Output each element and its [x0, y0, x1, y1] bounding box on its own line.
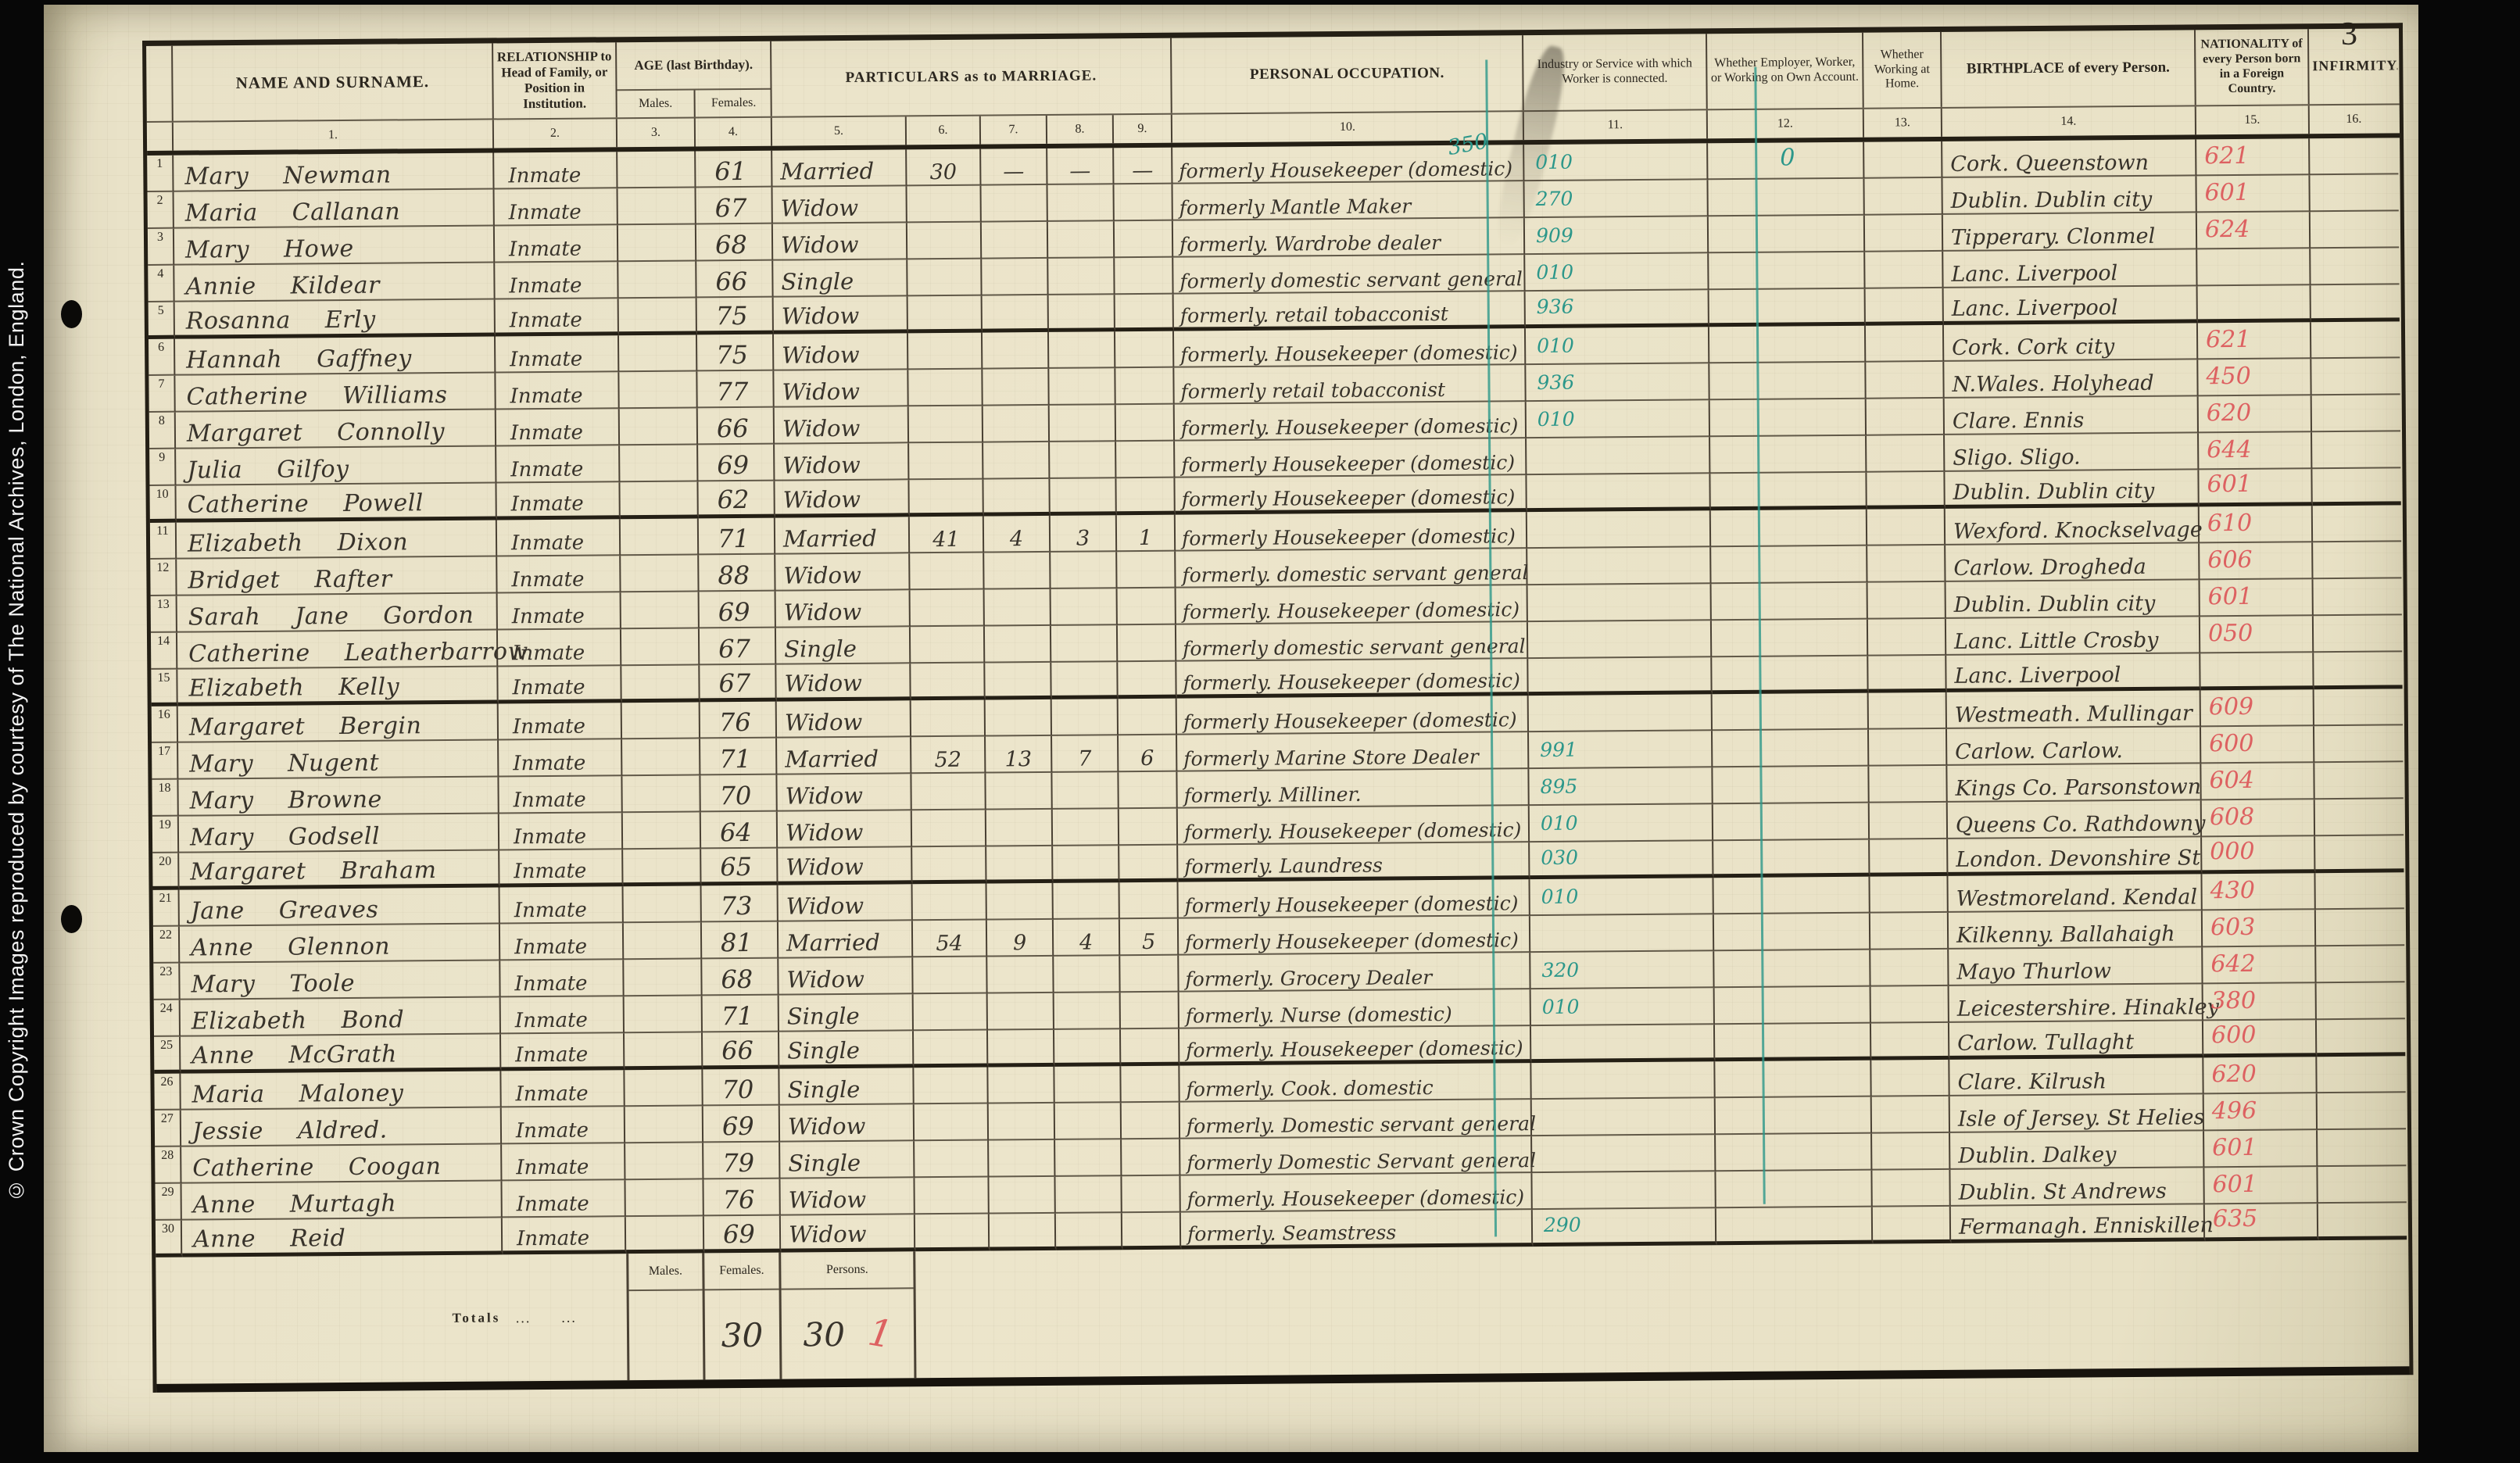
children-born-cell [985, 663, 1051, 700]
age-females-cell-text: 71 [719, 744, 751, 774]
row-number-cell-text: 3 [157, 231, 163, 245]
children-died-cell [1115, 331, 1174, 369]
occupation-cell: formerly domestic servant general [1173, 255, 1525, 295]
birthplace-cell: Clare. Ennis [1945, 396, 2199, 435]
column-number: 7. [981, 116, 1047, 145]
column-number: 9. [1114, 115, 1172, 144]
birthplace-cell-text: Carlow. Drogheda [1953, 555, 2146, 581]
birthplace-cell: Lanc. Liverpool [1946, 653, 2200, 692]
name-cell: Elizabeth Bond [181, 997, 501, 1036]
working-at-home-cell [1870, 839, 1948, 877]
employer-status-cell [1710, 399, 1867, 438]
row-number-cell: 2 [148, 192, 174, 229]
years-married-cell [911, 590, 985, 628]
years-married-cell [907, 223, 982, 260]
name-cell-text: Anne Murtagh [193, 1189, 397, 1218]
age-males-cell [625, 1143, 703, 1180]
relationship-cell-text: Inmate [510, 309, 582, 333]
nationality-code-cell: 635 [2205, 1204, 2318, 1241]
occupation-cell-text: formerly. Seamstress [1187, 1221, 1396, 1245]
relationship-cell-text: Inmate [514, 789, 586, 813]
nationality-code-cell-text: 603 [2210, 914, 2256, 941]
infirmity-cell [2318, 1203, 2407, 1240]
employer-status-cell [1710, 473, 1867, 511]
occupation-cell: formerly. Housekeeper (domestic) [1178, 806, 1530, 846]
occupation-cell-text: formerly Housekeeper (domestic) [1179, 157, 1512, 182]
children-died-cell [1119, 809, 1178, 846]
marital-condition-cell: Widow [778, 847, 912, 885]
marital-condition-cell-text: Single [787, 1076, 860, 1104]
children-living-cell [1054, 1066, 1121, 1104]
age-females-cell: 67 [696, 188, 773, 225]
column-number: 16. [2310, 105, 2398, 134]
age-females-cell: 62 [698, 481, 775, 519]
children-died-cell [1118, 625, 1176, 663]
children-born-cell [989, 1177, 1055, 1214]
marital-condition-cell-text: Widow [783, 562, 861, 589]
age-females-cell-text: 69 [718, 597, 750, 627]
column-number: 4. [696, 118, 772, 147]
marital-condition-cell: Widow [774, 370, 908, 407]
age-males-cell [621, 555, 699, 592]
occupation-cell-text: formerly. retail tobacconist [1180, 302, 1448, 327]
nationality-code-cell-text: 430 [2210, 877, 2255, 904]
relationship-cell: Inmate [499, 813, 623, 850]
nationality-code-cell-text: 601 [2204, 179, 2250, 206]
infirmity-cell [2314, 725, 2403, 763]
age-females-cell-text: 66 [717, 413, 749, 443]
occupation-cell: formerly. Housekeeper (domestic) [1179, 1026, 1531, 1066]
occupation-cell-text: formerly. Housekeeper (domestic) [1180, 341, 1518, 366]
name-cell-text: Maria Maloney [192, 1079, 403, 1108]
row-number-cell: 27 [155, 1111, 181, 1147]
name-cell: Anne Murtagh [181, 1181, 502, 1220]
name-cell-text: Catherine Leatherbarrow [188, 638, 528, 667]
name-cell: Jessie Aldred. [181, 1107, 502, 1146]
marital-condition-cell: Married [779, 921, 913, 958]
relationship-cell-text: Inmate [514, 899, 587, 923]
marital-condition-cell-text: Widow [781, 231, 859, 259]
industry-code-cell-text: 010 [1542, 996, 1580, 1018]
working-at-home-cell [1869, 766, 1947, 803]
years-married-cell [909, 443, 983, 481]
occupation-cell-text: formerly. Housekeeper (domestic) [1183, 598, 1520, 623]
children-born-cell-text: 13 [1004, 747, 1032, 771]
name-cell: Anne Glennon [180, 924, 500, 963]
children-died-cell [1119, 882, 1178, 920]
marital-condition-cell-text: Widow [783, 486, 861, 513]
row-number-cell-text: 16 [158, 708, 170, 722]
working-at-home-cell [1867, 509, 1945, 546]
name-cell-text: Julia Gilfoy [187, 456, 349, 485]
nationality-code-cell-text: 000 [2210, 838, 2255, 865]
birthplace-cell-text: N.Wales. Holyhead [1952, 371, 2153, 397]
working-at-home-cell [1865, 215, 1943, 252]
age-females-cell-text: 66 [721, 1036, 753, 1065]
name-cell: Elizabeth Dixon [177, 520, 497, 559]
working-at-home-cell [1868, 582, 1946, 620]
occupation-cell: formerly. Grocery Dealer [1179, 953, 1530, 993]
birthplace-cell-text: Kilkenny. Ballahaigh [1956, 922, 2175, 948]
marital-condition-cell-text: Single [781, 268, 854, 295]
nationality-code-cell-text: 644 [2207, 436, 2252, 463]
occupation-cell-text: formerly. Cook. domestic [1186, 1076, 1433, 1100]
industry-code-cell: 991 [1529, 731, 1713, 769]
children-living-cell [1048, 221, 1115, 259]
row-number-cell-text: 20 [159, 855, 171, 869]
name-cell-text: Mary Toole [191, 970, 355, 999]
working-at-home-cell [1867, 435, 1945, 473]
age-females-cell: 61 [696, 151, 772, 188]
children-living-cell-text: 3 [1076, 527, 1090, 551]
children-living-cell: 4 [1054, 919, 1120, 957]
children-living-cell [1054, 993, 1121, 1030]
age-females-cell-text: 61 [714, 156, 746, 186]
row-number-cell-text: 7 [158, 377, 164, 392]
children-born-cell [982, 259, 1048, 296]
nationality-code-cell: 620 [2203, 1057, 2317, 1094]
age-males-cell [617, 151, 696, 188]
name-cell-text: Bridget Rafter [188, 566, 392, 595]
infirmity-cell [2317, 1019, 2405, 1057]
birthplace-cell-text: London. Devonshire St [1956, 846, 2200, 871]
age-females-cell-text: 76 [723, 1185, 755, 1214]
years-married-cell: 54 [913, 921, 987, 958]
children-living-cell [1053, 846, 1119, 883]
marital-condition-cell: Widow [779, 884, 913, 921]
row-number-cell: 7 [149, 376, 175, 413]
children-born-cell [987, 883, 1054, 921]
infirmity-cell [2318, 1093, 2406, 1130]
age-males-cell [624, 959, 702, 996]
birthplace-cell-text: Dublin. Dublin city [1953, 479, 2154, 505]
age-females-cell: 69 [703, 1106, 780, 1143]
employer-status-cell [1711, 546, 1867, 585]
years-married-cell: 52 [911, 737, 986, 774]
children-died-cell [1118, 588, 1176, 626]
nationality-code-cell-text: 450 [2206, 363, 2251, 390]
age-females-cell-text: 81 [721, 928, 753, 957]
name-cell-text: Margaret Bergin [189, 712, 422, 741]
working-at-home-cell [1870, 803, 1948, 840]
marital-condition-cell: Married [772, 149, 907, 187]
row-number-cell: 26 [154, 1074, 181, 1111]
row-number-cell: 6 [149, 339, 175, 376]
years-married-cell [908, 370, 983, 407]
children-living-cell: 7 [1052, 735, 1119, 773]
relationship-cell: Inmate [498, 629, 621, 667]
marital-condition-cell: Married [777, 737, 911, 774]
nationality-code-cell: 600 [2201, 726, 2314, 764]
children-living-cell [1049, 331, 1115, 369]
occupation-cell-text: formerly. Milliner. [1184, 783, 1362, 807]
relationship-cell-text: Inmate [510, 385, 582, 409]
infirmity-cell [2311, 284, 2400, 322]
working-at-home-cell [1865, 252, 1943, 289]
relationship-cell: Inmate [502, 1143, 625, 1181]
birthplace-cell-text: Lanc. Liverpool [1951, 261, 2117, 287]
age-males-cell [620, 408, 698, 445]
relationship-cell-text: Inmate [509, 274, 582, 299]
birthplace-cell-text: Mayo Thurlow [1956, 959, 2111, 985]
row-number-cell-text: 8 [159, 414, 165, 428]
children-living-cell [1055, 1139, 1122, 1177]
age-females-cell-text: 69 [717, 450, 749, 480]
relationship-cell: Inmate [496, 372, 619, 410]
relationship-cell: Inmate [496, 335, 619, 373]
age-females-cell: 65 [701, 849, 778, 886]
name-cell-text: Mary Howe [185, 235, 354, 264]
marital-condition-cell-text: Single [788, 1150, 861, 1177]
children-born-cell [985, 626, 1051, 664]
header-nationality: NATIONALITY of every Person born in a Fo… [2196, 29, 2310, 105]
marital-condition-cell-text: Widow [786, 892, 864, 920]
marital-condition-cell: Widow [773, 223, 907, 260]
birthplace-cell: Dublin. Dublin city [1946, 580, 2200, 619]
age-males-cell [622, 739, 700, 776]
children-living-cell [1054, 956, 1120, 993]
marital-condition-cell-text: Married [780, 158, 874, 185]
nationality-code-cell: 601 [2200, 579, 2314, 617]
birthplace-cell-text: Isle of Jersey. St Helies [1958, 1105, 2205, 1131]
relationship-cell: Inmate [503, 1217, 626, 1254]
children-born-cell: 4 [984, 516, 1051, 553]
occupation-cell-text: formerly retail tobacconist [1180, 378, 1445, 403]
children-born-cell [983, 369, 1049, 406]
years-married-cell-text: 54 [936, 932, 963, 956]
name-cell: Rosanna Erly [175, 299, 496, 338]
children-born-cell [986, 699, 1052, 737]
relationship-cell-text: Inmate [517, 1193, 589, 1217]
relationship-cell: Inmate [501, 1070, 625, 1107]
age-females-cell-text: 77 [716, 377, 748, 406]
children-died-cell: 5 [1120, 919, 1179, 957]
age-females-cell: 81 [702, 922, 779, 960]
nationality-code-cell: 601 [2204, 1130, 2318, 1168]
children-living-cell: 3 [1051, 515, 1117, 553]
working-at-home-cell [1864, 178, 1942, 216]
age-females-cell-text: 68 [715, 230, 747, 259]
marital-condition-cell-text: Widow [788, 1113, 866, 1140]
birthplace-cell-text: Leicestershire. Hinakley [1957, 995, 2219, 1021]
occupation-cell: formerly. Housekeeper (domestic) [1176, 585, 1528, 625]
relationship-cell-text: Inmate [515, 1009, 588, 1033]
children-died-cell [1116, 442, 1175, 479]
working-at-home-cell [1870, 950, 1949, 987]
age-males-cell [625, 1106, 703, 1143]
relationship-cell-text: Inmate [514, 972, 587, 996]
relationship-cell: Inmate [495, 225, 618, 263]
children-died-cell [1122, 1176, 1180, 1214]
age-males-cell [619, 298, 697, 335]
industry-code-cell: 010 [1526, 327, 1709, 365]
children-living-cell-text: 4 [1079, 930, 1093, 954]
relationship-cell: Inmate [498, 592, 621, 630]
occupation-cell: formerly. Wardrobe dealer [1173, 218, 1525, 258]
occupation-cell-text: formerly. Housekeeper (domestic) [1187, 1186, 1525, 1211]
years-married-cell [913, 884, 987, 921]
relationship-cell-text: Inmate [509, 238, 582, 262]
children-born-cell [986, 846, 1053, 884]
row-number-cell: 14 [151, 633, 177, 670]
name-cell-text: Jessie Aldred. [192, 1117, 388, 1146]
infirmity-cell [2313, 578, 2401, 616]
nationality-code-cell: 603 [2203, 910, 2316, 947]
marital-condition-cell-text: Widow [781, 195, 859, 222]
nationality-code-cell: 430 [2202, 873, 2315, 910]
marital-condition-cell: Widow [772, 186, 907, 224]
birthplace-cell-text: Queens Co. Rathdowny [1956, 811, 2206, 838]
relationship-cell-text: Inmate [513, 752, 585, 776]
birthplace-cell-text: Carlow. Tullaght [1957, 1030, 2134, 1056]
row-number-cell: 3 [148, 229, 174, 266]
occupation-cell: formerly Housekeeper (domestic) [1177, 696, 1529, 735]
children-died-cell-text: — [1132, 159, 1153, 183]
children-living-cell [1051, 625, 1118, 663]
name-cell: Julia Gilfoy [176, 446, 496, 485]
nationality-code-cell [2197, 249, 2311, 286]
infirmity-cell [2316, 909, 2404, 946]
name-cell: Mary Godsell [179, 814, 499, 853]
years-married-cell [907, 259, 982, 297]
nationality-code-cell-text: 610 [2207, 510, 2253, 537]
age-males-cell [620, 481, 698, 519]
name-cell-text: Mary Nugent [189, 749, 379, 778]
children-died-cell [1115, 221, 1173, 259]
employer-status-cell [1713, 840, 1870, 878]
industry-code-cell-text: 936 [1537, 295, 1574, 318]
nationality-code-cell: 620 [2199, 395, 2312, 433]
marital-condition-cell-text: Married [786, 929, 880, 957]
age-males-cell [625, 1179, 703, 1217]
header-employer-status: Whether Employer, Worker, or Working on … [1707, 33, 1864, 109]
birthplace-cell: N.Wales. Holyhead [1944, 359, 2198, 399]
age-females-cell-text: 73 [721, 891, 753, 921]
industry-code-cell [1527, 437, 1710, 475]
nationality-code-cell-text: 600 [2209, 730, 2254, 757]
totals-persons-cell: Persons. 30 1 [781, 1251, 916, 1379]
age-males-cell [626, 1216, 704, 1254]
header-birthplace-label: BIRTHPLACE of every Person. [1945, 59, 2191, 78]
birthplace-cell: Carlow. Drogheda [1945, 543, 2200, 582]
occupation-cell-text: formerly. Housekeeper (domestic) [1183, 669, 1520, 694]
row-number-cell-text: 13 [157, 598, 170, 612]
years-married-cell [914, 1031, 988, 1068]
employer-status-cell: 0 [1708, 142, 1864, 181]
years-married-cell [914, 1068, 988, 1105]
name-cell: Catherine Powell [176, 483, 496, 522]
working-at-home-cell [1867, 545, 1945, 583]
nationality-code-cell-text: 380 [2211, 987, 2257, 1014]
nationality-code-cell: 621 [2196, 138, 2310, 176]
employer-status-cell [1715, 1024, 1871, 1062]
age-males-cell [622, 775, 700, 813]
industry-code-cell: 030 [1530, 841, 1713, 879]
name-cell-text: Catherine Powell [188, 489, 424, 518]
row-number-cell: 20 [152, 853, 179, 890]
age-males-cell [620, 445, 698, 482]
birthplace-cell-text: Clare. Ennis [1953, 409, 2085, 434]
marital-condition-cell-text: Married [785, 746, 879, 773]
years-married-cell [915, 1178, 989, 1215]
marital-condition-cell: Widow [780, 1104, 915, 1142]
occupation-cell: formerly. Housekeeper (domestic) [1174, 328, 1526, 368]
birthplace-cell-text: Fermanagh. Enniskillen [1959, 1213, 2214, 1239]
row-number-cell-text: 15 [157, 671, 170, 685]
marital-condition-cell: Widow [774, 296, 908, 334]
age-females-cell-text: 88 [718, 560, 750, 590]
age-females-cell-text: 67 [715, 193, 747, 223]
row-number-cell-text: 29 [162, 1186, 174, 1200]
age-females-cell: 68 [702, 959, 779, 996]
industry-code-cell-text: 010 [1537, 408, 1575, 431]
age-females-cell: 71 [699, 518, 775, 556]
employer-status-cell [1713, 693, 1869, 731]
age-females-cell: 73 [702, 885, 779, 923]
working-at-home-cell [1868, 656, 1946, 693]
children-died-cell [1121, 993, 1179, 1030]
row-number-cell-text: 5 [158, 304, 164, 318]
marital-condition-cell: Widow [774, 333, 908, 370]
age-females-cell: 64 [701, 812, 778, 850]
working-at-home-cell [1871, 986, 1949, 1024]
children-died-cell [1116, 478, 1175, 516]
industry-code-cell [1528, 584, 1712, 622]
row-number-cell: 9 [149, 449, 176, 486]
children-living-cell [1052, 772, 1119, 810]
relationship-cell: Inmate [496, 299, 619, 336]
age-females-cell-text: 76 [719, 707, 751, 737]
nationality-code-cell: 609 [2201, 689, 2314, 727]
marital-condition-cell-text: Married [783, 525, 877, 553]
occupation-cell: formerly Housekeeper (domestic) [1175, 475, 1527, 515]
children-died-cell [1120, 956, 1179, 993]
column-number: 15. [2196, 106, 2310, 134]
row-number-cell: 10 [149, 486, 176, 523]
years-married-cell [915, 1214, 990, 1252]
row-number-cell: 28 [155, 1147, 181, 1184]
marital-condition-cell: Widow [777, 700, 911, 738]
marital-condition-cell: Widow [775, 480, 909, 517]
relationship-cell: Inmate [502, 1107, 625, 1144]
totals-label-cell: Totals ... ... [156, 1254, 627, 1384]
children-born-cell [985, 589, 1051, 627]
children-died-cell: 1 [1117, 515, 1176, 553]
birthplace-cell-text: Dublin. St Andrews [1959, 1179, 2167, 1205]
age-females-cell-text: 67 [718, 668, 750, 698]
occupation-cell: formerly. Nurse (domestic) [1179, 989, 1531, 1029]
name-cell: Margaret Bergin [178, 703, 499, 742]
marital-condition-cell: Widow [781, 1214, 915, 1252]
age-males-cell [622, 702, 700, 739]
age-females-cell: 75 [697, 298, 774, 335]
industry-code-cell-text: 030 [1541, 846, 1578, 869]
name-cell-text: Sarah Jane Gordon [188, 602, 474, 631]
age-females-cell-text: 70 [721, 1075, 753, 1104]
column-number: 1. [174, 120, 494, 150]
employer-status-cell [1716, 1207, 1873, 1246]
years-married-cell [914, 994, 988, 1032]
employer-status-cell [1716, 1171, 1872, 1209]
header-marriage-particulars: PARTICULARS as to MARRIAGE. [771, 38, 1172, 116]
working-at-home-cell [1866, 362, 1944, 399]
working-at-home-cell [1869, 692, 1947, 730]
age-females-cell: 88 [699, 555, 775, 592]
children-living-cell [1052, 699, 1119, 736]
header-employer-label: Whether Employer, Worker, or Working on … [1710, 55, 1859, 86]
name-cell: Maria Callanan [174, 189, 495, 228]
header-industry: Industry or Service with which Worker is… [1523, 34, 1708, 110]
